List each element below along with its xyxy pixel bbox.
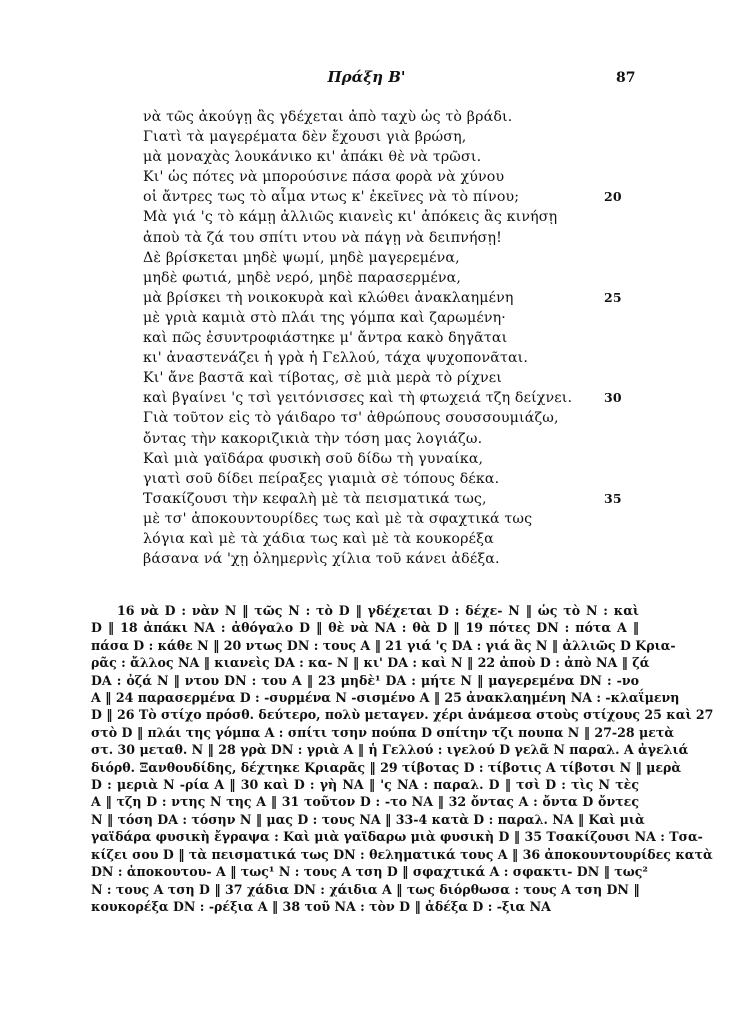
apparatus-line: κίζει σου D ‖ τὰ πεισματικά τως DN : θελ…	[91, 846, 639, 863]
verse-line: λόγια καὶ μὲ τὰ χάδια τως καὶ μὲ τὰ κουκ…	[143, 529, 663, 549]
verse-text: Κι' ὡς πότες νὰ μπορούσινε πάσα φορὰ νὰ …	[143, 169, 504, 185]
verse-line: βάσανα νά 'χῃ ὀλημερνὶς χίλια τοῦ κάνει …	[143, 549, 663, 569]
verse-text: μὰ βρίσκει τὴ νοικοκυρὰ καὶ κλώθει ἀνακλ…	[143, 290, 514, 306]
verse-text: γιατὶ σοῦ δίδει πείραξες γιαμιὰ σὲ τόπου…	[143, 471, 499, 487]
verse-line: οἱ ἄντρες τως τὸ αἷμα ντως κ' ἐκεῖνες νὰ…	[143, 187, 663, 207]
verse-line: Δὲ βρίσκεται μηδὲ ψωμί, μηδὲ μαγερεμένα,	[143, 248, 663, 268]
verse-line: Κι' ὡς πότες νὰ μπορούσινε πάσα φορὰ νὰ …	[143, 167, 663, 187]
apparatus-line: N : τους A τση D ‖ 37 χάδια DN : χάιδια …	[91, 881, 639, 898]
verse-text: Κι' ἄνε βαστᾶ καὶ τίβοτας, σὲ μιὰ μερὰ τ…	[143, 370, 502, 386]
verse-text: Καὶ μιὰ γαϊδάρα φυσικὴ σοῦ δίδω τὴ γυναί…	[143, 451, 483, 467]
apparatus-line: D ‖ 26 Τὸ στίχο πρόσθ. δεύτερο, πολὺ μετ…	[91, 706, 639, 723]
verse-block: νὰ τῶς ἀκούγῃ ἂς γδέχεται ἀπὸ ταχὺ ὡς τὸ…	[143, 107, 663, 569]
verse-line: καὶ βγαίνει 'ς τσὶ γειτόνισσες καὶ τὴ φτ…	[143, 388, 663, 408]
verse-text: Γιὰ τοῦτον εἰς τὸ γάιδαρο τσ' ἀθρώπους σ…	[143, 410, 559, 426]
apparatus-line: πάσα D : κάθε N ‖ 20 ντως DN : τους A ‖ …	[91, 637, 639, 654]
verse-line: γιατὶ σοῦ δίδει πείραξες γιαμιὰ σὲ τόπου…	[143, 469, 663, 489]
verse-text: ἀποὺ τὰ ζά του σπίτι ντου νὰ πάγῃ νὰ δει…	[143, 230, 502, 246]
line-number: 25	[604, 288, 622, 308]
verse-text: οἱ ἄντρες τως τὸ αἷμα ντως κ' ἐκεῖνες νὰ…	[143, 189, 519, 205]
apparatus-line: DA : ὀζά N ‖ ντου DN : του A ‖ 23 μηδὲ¹ …	[91, 672, 639, 689]
verse-line: καὶ πῶς ἐσυντροφιάστηκε μ' ἄντρα κακὸ δη…	[143, 328, 663, 348]
apparatus-line: N ‖ τόση DA : τόσην N ‖ μας D : τους NA …	[91, 811, 639, 828]
apparatus-line: κουκορέξα DN : -ρέξια A ‖ 38 τοῦ NA : τὸ…	[91, 898, 639, 915]
verse-line: μηδὲ φωτιά, μηδὲ νερό, μηδὲ παρασερμένα,	[143, 268, 663, 288]
verse-text: βάσανα νά 'χῃ ὀλημερνὶς χίλια τοῦ κάνει …	[143, 551, 500, 567]
line-number: 35	[604, 489, 622, 509]
critical-apparatus: 16 νὰ D : νὰν N ‖ τῶς N : τὸ D ‖ γδέχετα…	[91, 602, 639, 915]
verse-line: ὄντας τὴν κακοριζικιὰ τὴν τόση μας λογιά…	[143, 429, 663, 449]
book-page: Πράξη Β' 87 νὰ τῶς ἀκούγῃ ἂς γδέχεται ἀπ…	[0, 0, 733, 1024]
apparatus-line: A ‖ 24 παρασερμένα D : -συρμένα N -σισμέ…	[91, 689, 639, 706]
page-number: 87	[616, 70, 635, 86]
verse-line: ἀποὺ τὰ ζά του σπίτι ντου νὰ πάγῃ νὰ δει…	[143, 228, 663, 248]
verse-text: λόγια καὶ μὲ τὰ χάδια τως καὶ μὲ τὰ κουκ…	[143, 531, 494, 547]
apparatus-line: D ‖ 18 ἀπάκι NA : ἀθόγαλο D ‖ θὲ νὰ NA :…	[91, 619, 639, 636]
verse-line: μὲ τσ' ἀποκουντουρίδες τως καὶ μὲ τὰ σφα…	[143, 509, 663, 529]
verse-line: νὰ τῶς ἀκούγῃ ἂς γδέχεται ἀπὸ ταχὺ ὡς τὸ…	[143, 107, 663, 127]
verse-line: Κι' ἄνε βαστᾶ καὶ τίβοτας, σὲ μιὰ μερὰ τ…	[143, 368, 663, 388]
verse-text: κι' ἀναστενάζει ἡ γρὰ ἡ Γελλού, τάχα ψυχ…	[143, 350, 528, 366]
verse-text: Δὲ βρίσκεται μηδὲ ψωμί, μηδὲ μαγερεμένα,	[143, 250, 460, 266]
verse-text: μὲ τσ' ἀποκουντουρίδες τως καὶ μὲ τὰ σφα…	[143, 511, 532, 527]
line-number: 20	[604, 187, 622, 207]
verse-text: Τσακίζουσι τὴν κεφαλὴ μὲ τὰ πεισματικά τ…	[143, 491, 487, 507]
verse-line: μὰ μοναχὰς λουκάνικο κι' ἀπάκι θὲ νὰ τρῶ…	[143, 147, 663, 167]
verse-text: μὲ γριὰ καμιὰ στὸ πλάι της γόμπα καὶ ζαρ…	[143, 310, 506, 326]
apparatus-line: στ. 30 μεταθ. N ‖ 28 γρὰ DN : γριὰ A ‖ ἡ…	[91, 741, 639, 758]
verse-text: μὰ μοναχὰς λουκάνικο κι' ἀπάκι θὲ νὰ τρῶ…	[143, 149, 481, 165]
verse-line: Τσακίζουσι τὴν κεφαλὴ μὲ τὰ πεισματικά τ…	[143, 489, 663, 509]
apparatus-line: ρᾶς : ἄλλος NA ‖ κιανεὶς DA : κα- N ‖ κι…	[91, 654, 639, 671]
verse-line: Γιατὶ τὰ μαγερέματα δὲν ἔχουσι γιὰ βρώση…	[143, 127, 663, 147]
verse-text: Γιατὶ τὰ μαγερέματα δὲν ἔχουσι γιὰ βρώση…	[143, 129, 466, 145]
verse-line: κι' ἀναστενάζει ἡ γρὰ ἡ Γελλού, τάχα ψυχ…	[143, 348, 663, 368]
verse-line: μὰ βρίσκει τὴ νοικοκυρὰ καὶ κλώθει ἀνακλ…	[143, 288, 663, 308]
verse-text: Μὰ γιά 'ς τὸ κάμῃ ἀλλιῶς κιανεὶς κι' ἀπό…	[143, 209, 557, 225]
verse-text: καὶ πῶς ἐσυντροφιάστηκε μ' ἄντρα κακὸ δη…	[143, 330, 507, 346]
apparatus-line: DN : ἀποκουτου- A ‖ τως¹ N : τους A τση …	[91, 863, 639, 880]
apparatus-line: D : μεριὰ N -ρία A ‖ 30 καὶ D : γὴ NA ‖ …	[91, 776, 639, 793]
apparatus-line: στὸ D ‖ πλάι της γόμπα A : σπίτι τσην πο…	[91, 724, 639, 741]
verse-line: Γιὰ τοῦτον εἰς τὸ γάιδαρο τσ' ἀθρώπους σ…	[143, 408, 663, 428]
verse-line: Μὰ γιά 'ς τὸ κάμῃ ἀλλιῶς κιανεὶς κι' ἀπό…	[143, 207, 663, 227]
verse-text: νὰ τῶς ἀκούγῃ ἂς γδέχεται ἀπὸ ταχὺ ὡς τὸ…	[143, 109, 512, 125]
verse-line: μὲ γριὰ καμιὰ στὸ πλάι της γόμπα καὶ ζαρ…	[143, 308, 663, 328]
verse-text: καὶ βγαίνει 'ς τσὶ γειτόνισσες καὶ τὴ φτ…	[143, 390, 572, 406]
verse-line: Καὶ μιὰ γαϊδάρα φυσικὴ σοῦ δίδω τὴ γυναί…	[143, 449, 663, 469]
line-number: 30	[604, 388, 622, 408]
apparatus-line: A ‖ τζη D : ντης N της A ‖ 31 τοῦτον D :…	[91, 793, 639, 810]
apparatus-line: γαϊδάρα φυσικὴ ἔγραψα : Καὶ μιὰ γαϊδαρω …	[91, 828, 639, 845]
verse-text: ὄντας τὴν κακοριζικιὰ τὴν τόση μας λογιά…	[143, 431, 482, 447]
verse-text: μηδὲ φωτιά, μηδὲ νερό, μηδὲ παρασερμένα,	[143, 270, 461, 286]
apparatus-line: 16 νὰ D : νὰν N ‖ τῶς N : τὸ D ‖ γδέχετα…	[91, 602, 639, 619]
apparatus-line: διόρθ. Ξανθουδίδης, δέχτηκε Κριαρᾶς ‖ 29…	[91, 759, 639, 776]
